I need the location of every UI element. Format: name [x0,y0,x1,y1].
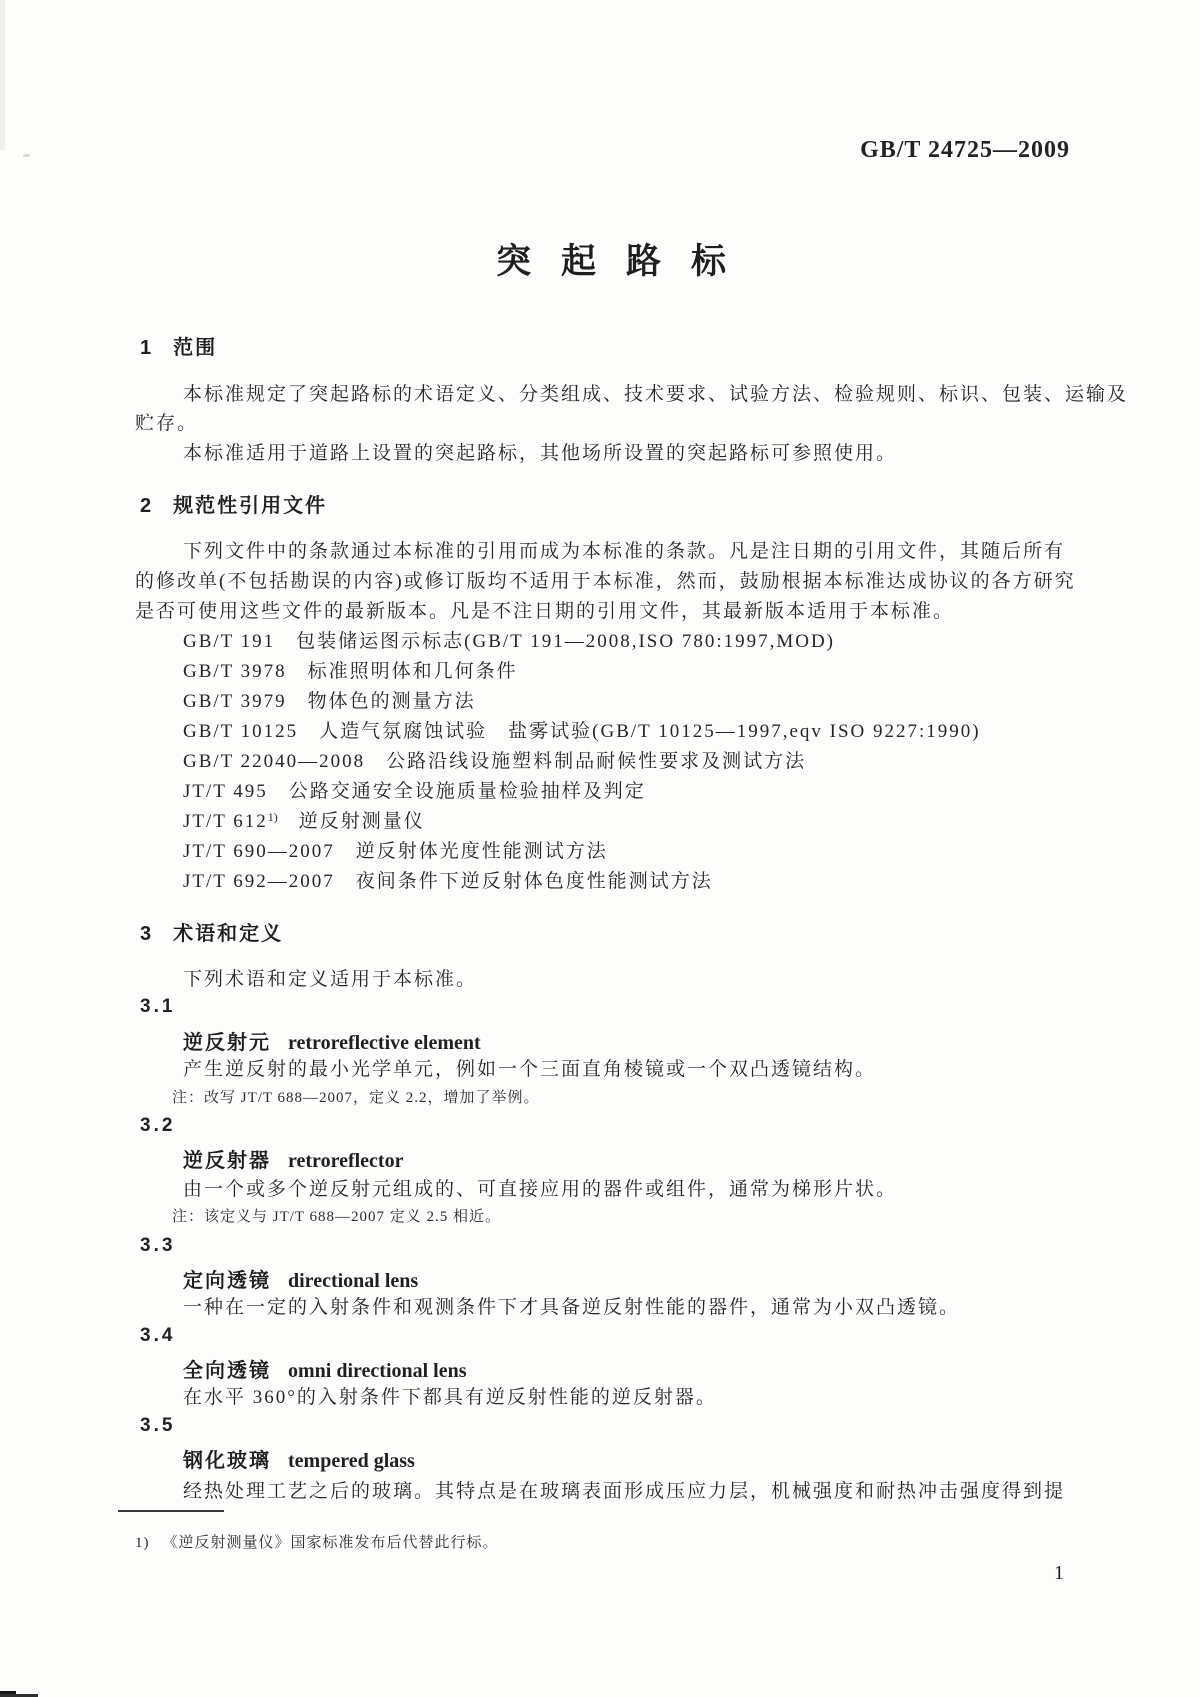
clause-number: 3.5 [140,1415,175,1437]
term-definition: 在水平 360°的入射条件下都具有逆反射性能的逆反射器。 [183,1385,717,1411]
section-number: 2 [140,495,153,518]
reference-title: 逆反射测量仪 [278,811,425,832]
reference-item: JT/T 6121) 逆反射测量仪 [183,809,425,835]
refs-intro-line-2: 的修改单(不包括勘误的内容)或修订版均不适用于本标准，然而，鼓励根据本标准达成协… [135,569,1076,595]
section-title: 规范性引用文件 [173,489,327,518]
term-name-zh: 定向透镜 [183,1264,271,1293]
reference-item: GB/T 3978 标准照明体和几何条件 [183,659,518,685]
page-number: 1 [1054,1562,1064,1585]
term-name-zh: 逆反射元 [183,1026,271,1055]
term-name-en: omni directional lens [288,1360,467,1383]
page-title: 突起路标 [496,234,756,284]
term-name-en: retroreflector [288,1150,403,1173]
refs-intro-line-3: 是否可使用这些文件的最新版本。凡是不注日期的引用文件，其最新版本适用于本标准。 [135,599,954,625]
reference-code: JT/T 612 [183,811,268,832]
document-page: GB/T 24725—2009 突起路标 1 范围 本标准规定了突起路标的术语定… [0,0,1200,1697]
term-name-row: 逆反射元 retroreflective element [183,1026,481,1055]
term-name-zh: 钢化玻璃 [183,1444,271,1473]
term-name-zh: 全向透镜 [183,1354,271,1383]
term-definition: 经热处理工艺之后的玻璃。其特点是在玻璃表面形成压应力层，机械强度和耐热冲击强度得… [183,1479,1065,1505]
clause-number: 3.3 [140,1235,175,1257]
footnote: 1) 《逆反射测量仪》国家标准发布后代替此行标。 [135,1531,499,1552]
term-name-row: 逆反射器 retroreflector [183,1144,403,1173]
term-name-en: directional lens [288,1270,418,1293]
reference-item: GB/T 22040—2008 公路沿线设施塑料制品耐候性要求及测试方法 [183,749,806,775]
section-heading-normative-refs: 2 规范性引用文件 [140,489,327,518]
section-heading-terms: 3 术语和定义 [140,917,283,946]
term-name-row: 全向透镜 omni directional lens [183,1354,467,1383]
term-note: 注：改写 JT/T 688—2007，定义 2.2，增加了举例。 [172,1088,540,1108]
section-number: 3 [140,923,153,946]
footnote-divider [118,1510,224,1512]
term-name-en: tempered glass [288,1450,415,1473]
standard-code: GB/T 24725—2009 [860,137,1070,164]
section-title: 术语和定义 [173,917,283,946]
section-title: 范围 [173,331,217,360]
clause-number: 3.2 [140,1115,175,1137]
term-name-en: retroreflective element [288,1032,481,1055]
footnote-text: 《逆反射测量仪》国家标准发布后代替此行标。 [163,1531,499,1552]
reference-item: JT/T 692—2007 夜间条件下逆反射体色度性能测试方法 [183,869,713,895]
scan-speck [23,154,30,157]
term-name-zh: 逆反射器 [183,1144,271,1173]
terms-intro: 下列术语和定义适用于本标准。 [183,967,477,993]
clause-number: 3.4 [140,1325,175,1347]
scope-line-3: 本标准适用于道路上设置的突起路标，其他场所设置的突起路标可参照使用。 [183,441,897,467]
term-name-row: 定向透镜 directional lens [183,1264,418,1293]
term-definition: 由一个或多个逆反射元组成的、可直接应用的器件或组件，通常为梯形片状。 [183,1177,897,1203]
scope-line-1: 本标准规定了突起路标的术语定义、分类组成、技术要求、试验方法、检验规则、标识、包… [183,382,1128,408]
term-name-row: 钢化玻璃 tempered glass [183,1444,415,1473]
reference-item: GB/T 10125 人造气氛腐蚀试验 盐雾试验(GB/T 10125—1997… [183,719,981,745]
scope-line-2: 贮存。 [135,411,198,437]
reference-item: JT/T 690—2007 逆反射体光度性能测试方法 [183,839,608,865]
footnote-marker-sup: 1) [268,810,278,824]
refs-intro-line-1: 下列文件中的条款通过本标准的引用而成为本标准的条款。凡是注日期的引用文件，其随后… [183,539,1065,565]
clause-number: 3.1 [140,996,175,1018]
term-definition: 一种在一定的入射条件和观测条件下才具备逆反射性能的器件，通常为小双凸透镜。 [183,1295,960,1321]
section-heading-scope: 1 范围 [140,331,217,360]
reference-item: JT/T 495 公路交通安全设施质量检验抽样及判定 [183,779,646,805]
scan-edge-streak [0,0,5,150]
term-definition: 产生逆反射的最小光学单元，例如一个三面直角棱镜或一个双凸透镜结构。 [183,1057,876,1083]
reference-item: GB/T 191 包装储运图示标志(GB/T 191—2008,ISO 780:… [183,629,835,655]
section-number: 1 [140,337,153,360]
footnote-marker: 1) [135,1535,150,1552]
term-note: 注：该定义与 JT/T 688—2007 定义 2.5 相近。 [172,1207,501,1227]
reference-item: GB/T 3979 物体色的测量方法 [183,689,476,715]
